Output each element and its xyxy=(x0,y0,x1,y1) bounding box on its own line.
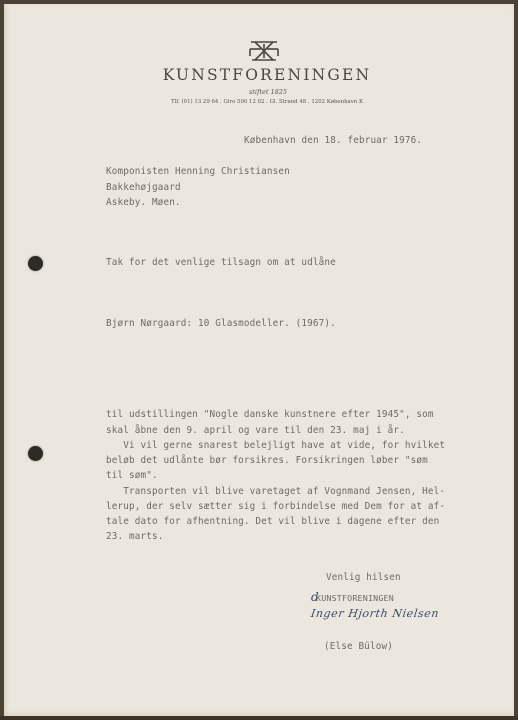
recipient-line: Komponisten Henning Christiansen xyxy=(106,166,290,177)
body-line: Transporten vil blive varetaget af Vognm… xyxy=(106,486,445,497)
closing-greeting: Venlig hilsen xyxy=(326,572,401,583)
body-line: tale dato for afhentning. Det vil blive … xyxy=(106,516,439,527)
scan-border xyxy=(0,716,518,720)
recipient-line: Askeby. Møen. xyxy=(106,197,181,208)
subject-line: Tak for det venlige tilsagn om at udlåne xyxy=(106,257,336,268)
punch-hole xyxy=(28,256,43,271)
scan-border xyxy=(0,0,4,720)
body-line: skal åbne den 9. april og vare til den 2… xyxy=(106,425,405,436)
body-line: til udstillingen "Nogle danske kunstnere… xyxy=(106,409,434,420)
body-line: beløb det udlånte bør forsikres. Forsikr… xyxy=(106,455,428,466)
letterhead-contact: Tlf. (01) 13 29 64 . Giro 500 12 02 . Gl… xyxy=(4,99,518,105)
letter-date: København den 18. februar 1976. xyxy=(244,135,422,146)
recipient-line: Bakkehøjgaard xyxy=(106,182,181,193)
letterhead-org-name: KUNSTFORENINGEN xyxy=(4,66,518,84)
scan-border xyxy=(514,0,518,720)
closing-org: KUNSTFORENINGEN xyxy=(316,593,394,603)
scan-border xyxy=(0,0,518,4)
body-line: 23. marts. xyxy=(106,531,163,542)
handwritten-signature: Inger Hjorth Nielsen xyxy=(310,607,440,620)
letterhead-founded: stiftet 1825 xyxy=(4,88,518,96)
body-line: til søm". xyxy=(106,470,158,481)
punch-hole xyxy=(28,446,43,461)
kf-monogram-icon xyxy=(247,40,281,62)
body-line: lerup, der selv sætter sig i forbindelse… xyxy=(106,501,445,512)
loan-item-line: Bjørn Nørgaard: 10 Glasmodeller. (1967). xyxy=(106,318,336,329)
body-line: Vi vil gerne snarest belejligt have at v… xyxy=(106,440,445,451)
typed-signer-name: (Else Bülow) xyxy=(324,641,393,652)
letter-page: KUNSTFORENINGEN stiftet 1825 Tlf. (01) 1… xyxy=(4,4,514,716)
